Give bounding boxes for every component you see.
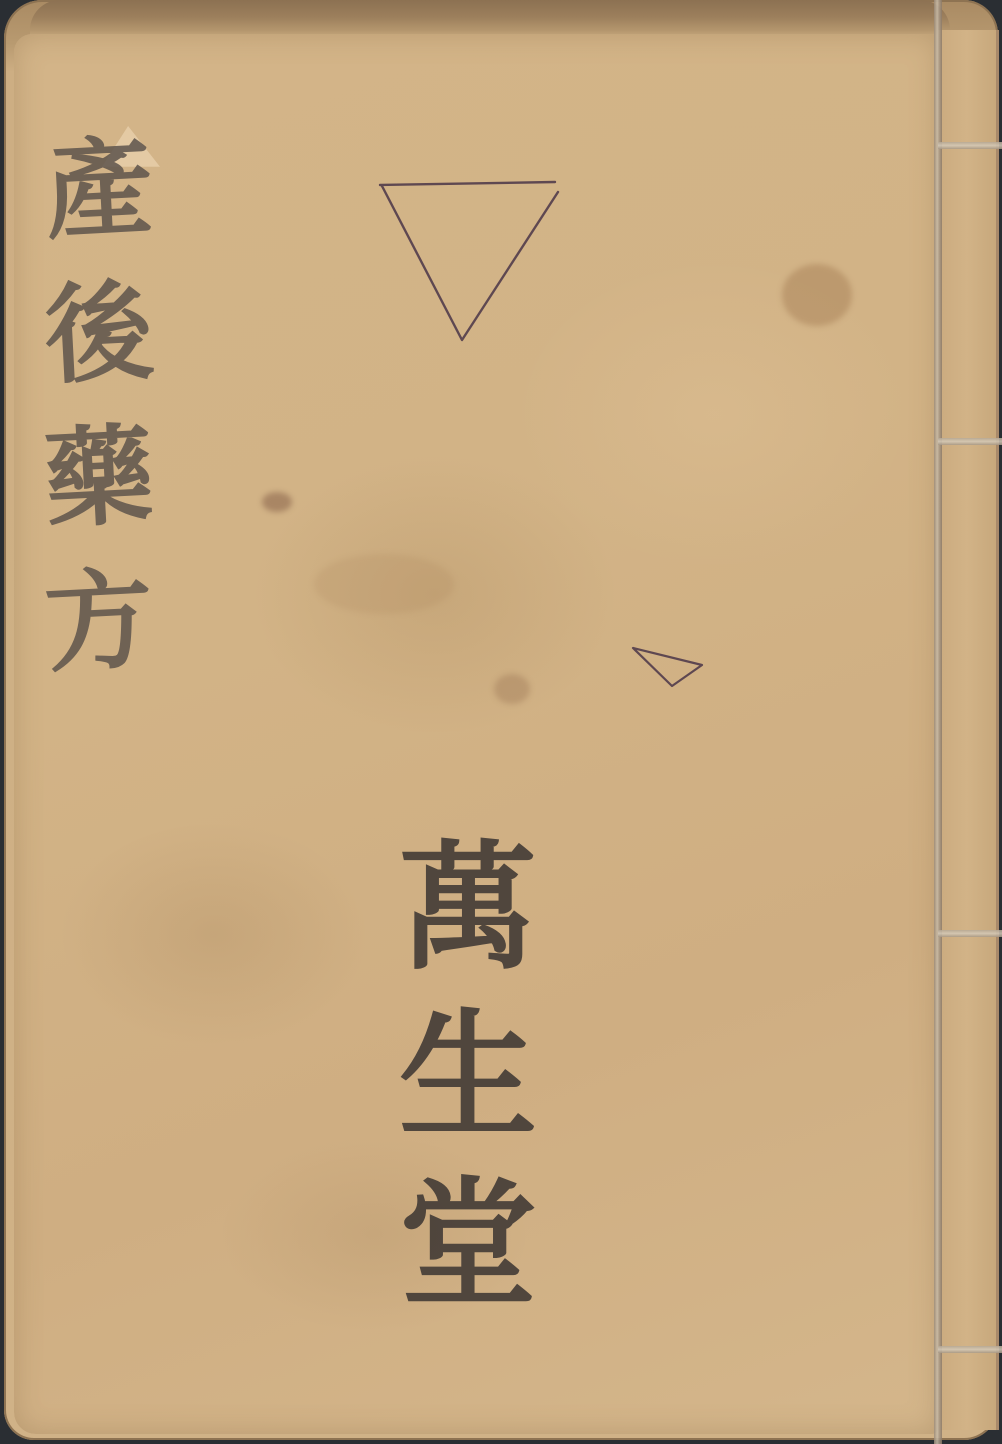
hall-name-vertical-text: 萬 生 堂 bbox=[378, 824, 558, 1328]
title-char: 產 bbox=[41, 115, 156, 264]
title-vertical-text: 產 後 藥 方 bbox=[34, 118, 164, 694]
binding-stitch bbox=[938, 142, 1002, 149]
binding-thread bbox=[934, 0, 942, 1444]
title-char: 方 bbox=[41, 547, 156, 696]
stain bbox=[262, 492, 292, 512]
small-triangle-mark bbox=[620, 630, 720, 700]
hall-char: 生 bbox=[399, 992, 537, 1160]
binding-stitch bbox=[938, 1346, 1002, 1353]
hall-char: 堂 bbox=[399, 1160, 537, 1328]
book-top-edge bbox=[30, 0, 950, 38]
binding-stitch bbox=[938, 930, 1002, 937]
stain bbox=[782, 264, 852, 326]
book-scan: 產 後 藥 方 萬 生 堂 bbox=[0, 0, 1002, 1444]
title-char: 後 bbox=[41, 259, 156, 408]
stain bbox=[314, 554, 454, 614]
stain bbox=[494, 674, 530, 704]
title-char: 藥 bbox=[41, 403, 156, 552]
inverted-triangle-mark bbox=[370, 170, 570, 350]
binding-stitch bbox=[938, 438, 1002, 445]
hall-char: 萬 bbox=[399, 824, 537, 992]
book-spine-strip bbox=[938, 30, 999, 1430]
